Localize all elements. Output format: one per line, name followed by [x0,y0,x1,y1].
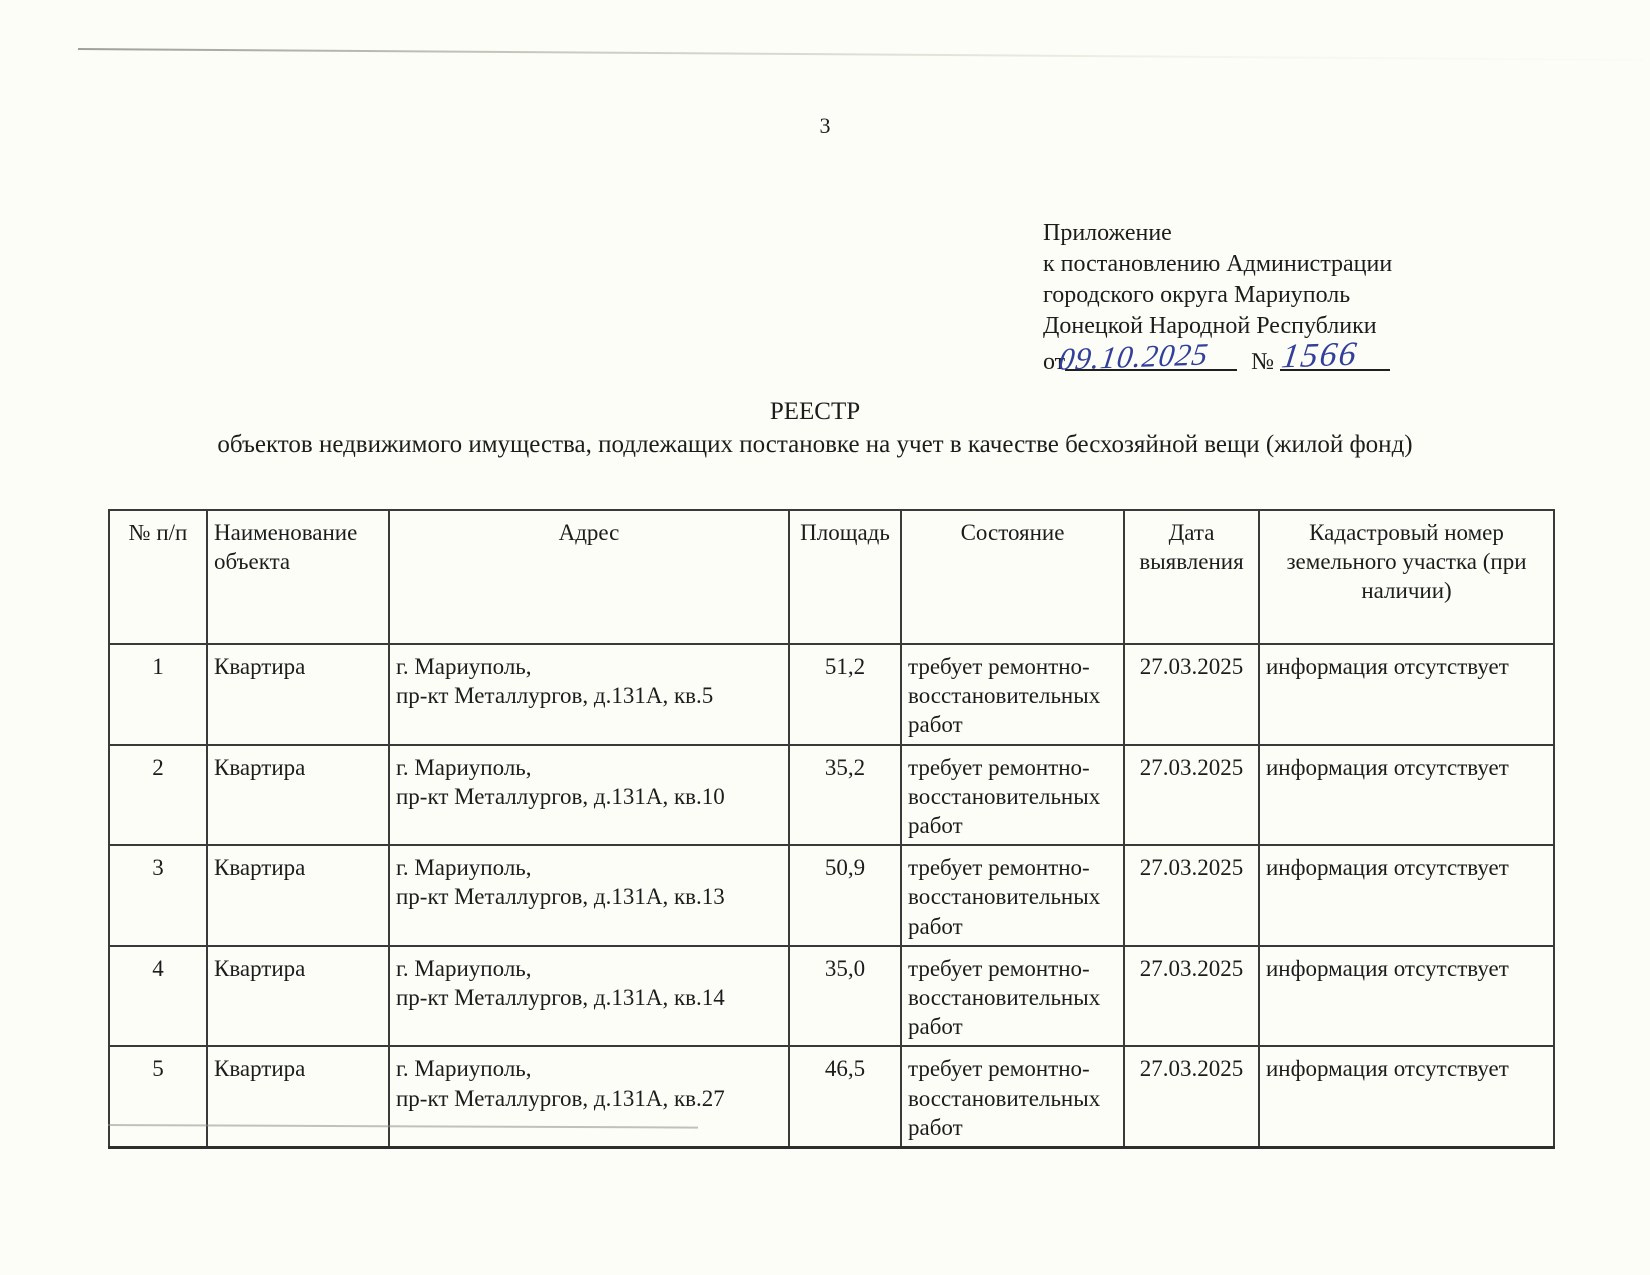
cell-name: Квартира [207,845,389,946]
cell-condition: требует ремонтно-восстановительных работ [901,845,1124,946]
appendix-header-line: Донецкой Народной Республики [1043,311,1523,342]
cell-area: 35,0 [789,946,901,1047]
table-row: 4 Квартира г. Мариуполь, пр-кт Металлург… [109,946,1554,1047]
cell-condition: требует ремонтно-восстановительных работ [901,745,1124,846]
cell-name: Квартира [207,745,389,846]
cell-area: 35,2 [789,745,901,846]
handwritten-number: 1566 [1280,339,1360,373]
number-sign-label: № [1251,349,1274,375]
cell-cadastral: информация отсутствует [1259,1046,1554,1147]
document-page: 3 Приложение к постановлению Администрац… [0,0,1650,1275]
appendix-header-block: Приложение к постановлению Администрации… [1043,218,1523,378]
cell-area: 46,5 [789,1046,901,1147]
cell-num: 2 [109,745,207,846]
scan-artifact-top-line [78,48,1643,61]
cell-address: г. Мариуполь, пр-кт Металлургов, д.131А,… [389,845,789,946]
cell-date: 27.03.2025 [1124,644,1259,745]
cell-cadastral: информация отсутствует [1259,845,1554,946]
cell-num: 1 [109,644,207,745]
column-header-condition: Состояние [901,510,1124,644]
column-header-address: Адрес [389,510,789,644]
cell-cadastral: информация отсутствует [1259,745,1554,846]
cell-cadastral: информация отсутствует [1259,644,1554,745]
column-header-cadastral: Кадастровый номер земельного участка (пр… [1259,510,1554,644]
cell-area: 51,2 [789,644,901,745]
cell-condition: требует ремонтно-восстановительных работ [901,946,1124,1047]
cell-address: г. Мариуполь, пр-кт Металлургов, д.131А,… [389,745,789,846]
cell-num: 5 [109,1046,207,1147]
cell-address: г. Мариуполь, пр-кт Металлургов, д.131А,… [389,1046,789,1147]
appendix-header-line: Приложение [1043,218,1523,249]
appendix-header-line: городского округа Мариуполь [1043,280,1523,311]
cell-name: Квартира [207,1046,389,1147]
document-title-block: РЕЕСТР объектов недвижимого имущества, п… [0,396,1630,461]
appendix-header-line: к постановлению Администрации [1043,249,1523,280]
table-row: 1 Квартира г. Мариуполь, пр-кт Металлург… [109,644,1554,745]
column-header-num: № п/п [109,510,207,644]
date-and-number-line: от09.10.2025№1566 [1043,343,1523,378]
table-row: 2 Квартира г. Мариуполь, пр-кт Металлург… [109,745,1554,846]
table-header-row: № п/п Наименование объекта Адрес Площадь… [109,510,1554,644]
registry-table: № п/п Наименование объекта Адрес Площадь… [108,509,1555,1149]
handwritten-date: 09.10.2025 [1057,338,1211,374]
column-header-date: Дата выявления [1124,510,1259,644]
cell-condition: требует ремонтно-восстановительных работ [901,644,1124,745]
cell-date: 27.03.2025 [1124,845,1259,946]
date-underline: 09.10.2025 [1065,343,1237,371]
cell-date: 27.03.2025 [1124,745,1259,846]
cell-cadastral: информация отсутствует [1259,946,1554,1047]
cell-area: 50,9 [789,845,901,946]
cell-date: 27.03.2025 [1124,946,1259,1047]
cell-address: г. Мариуполь, пр-кт Металлургов, д.131А,… [389,644,789,745]
document-subtitle: объектов недвижимого имущества, подлежащ… [0,429,1630,461]
cell-condition: требует ремонтно-восстановительных работ [901,1046,1124,1147]
cell-name: Квартира [207,644,389,745]
table-row: 3 Квартира г. Мариуполь, пр-кт Металлург… [109,845,1554,946]
column-header-area: Площадь [789,510,901,644]
cell-num: 3 [109,845,207,946]
cell-date: 27.03.2025 [1124,1046,1259,1147]
column-header-name: Наименование объекта [207,510,389,644]
cell-num: 4 [109,946,207,1047]
page-number: 3 [0,113,1650,139]
cell-address: г. Мариуполь, пр-кт Металлургов, д.131А,… [389,946,789,1047]
table-row: 5 Квартира г. Мариуполь, пр-кт Металлург… [109,1046,1554,1147]
cell-name: Квартира [207,946,389,1047]
document-title: РЕЕСТР [0,396,1630,428]
number-underline: 1566 [1280,343,1390,371]
